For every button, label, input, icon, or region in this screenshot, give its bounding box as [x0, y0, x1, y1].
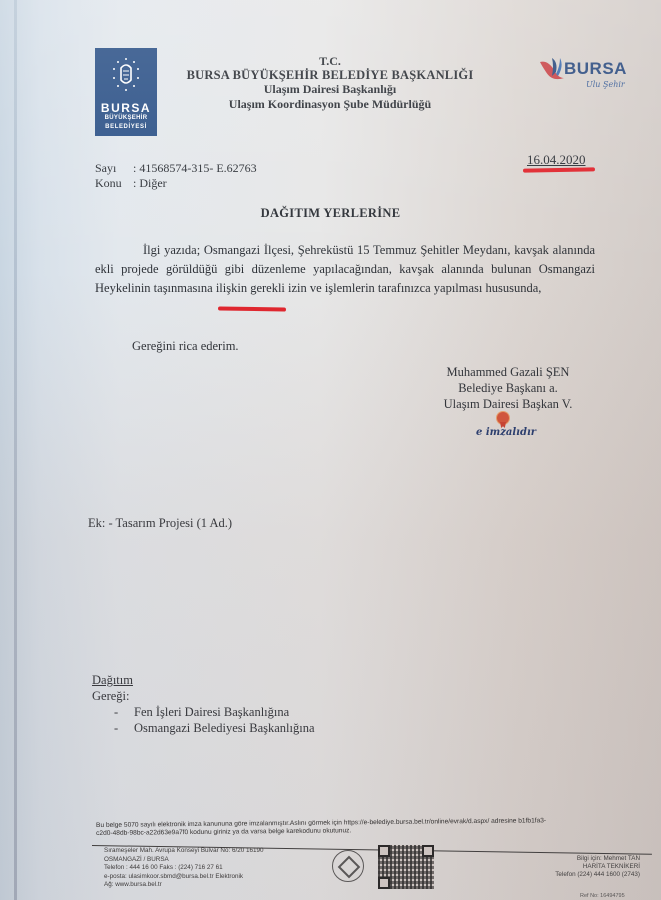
tulip-icon [538, 56, 566, 82]
contact-block: Bilgi için: Mehmet TAN HARİTA TEKNİKERİ … [520, 855, 640, 879]
sayi-row: Sayı: 41568574-315- E.62763 [95, 161, 257, 176]
document-date: 16.04.2020 [527, 152, 586, 168]
republic-abbrev: T.C. [180, 55, 480, 68]
qr-finder [378, 845, 390, 857]
konu-label: Konu [95, 176, 133, 191]
subject-heading: DAĞITIM YERLERİNE [0, 206, 661, 221]
brand-word: BURSA [564, 59, 627, 79]
highlighted-phrase: taşınmasına [154, 281, 213, 295]
distribution-subheader: Gereği: [92, 688, 315, 704]
emblem-icon [111, 56, 141, 96]
distribution-item: Osmangazi Belediyesi Başkanlığına [114, 720, 315, 736]
unesco-heritage-icon [332, 850, 364, 882]
closing-line: Gereğini rica ederim. [132, 339, 239, 354]
letter-body: İlgi yazıda; Osmangazi İlçesi, Şehreküst… [95, 241, 595, 298]
qr-finder [378, 877, 390, 889]
konu-value: : Diğer [133, 176, 167, 190]
logo-line-2: BÜYÜKŞEHİR [95, 115, 157, 121]
phrase-highlight-mark [218, 306, 286, 311]
address-line: OSMANGAZİ / BURSA [104, 856, 264, 865]
distribution-header: Dağıtım [92, 672, 315, 688]
qr-finder [422, 845, 434, 857]
qr-code[interactable] [378, 845, 434, 889]
verification-note: Bu belge 5070 sayılı elektronik imza kan… [96, 816, 661, 838]
distribution-list: Dağıtım Gereği: Fen İşleri Dairesi Başka… [92, 672, 315, 736]
address-block: Sırameşeler Mah. Avrupa Konseyi Bulvar N… [104, 847, 264, 890]
contact-line: Telefon (224) 444 1600 (2743) [520, 871, 640, 879]
bursa-brand-logo: BURSA Ulu Şehir [538, 56, 638, 96]
contact-line: Bilgi için: Mehmet TAN [520, 855, 640, 863]
logo-line-3: BELEDİYESİ [95, 124, 157, 130]
attachment-line: Ek: - Tasarım Projesi (1 Ad.) [88, 516, 232, 531]
sayi-label: Sayı [95, 161, 133, 176]
paper-edge [14, 0, 17, 900]
address-line: Telefon : 444 16 00 Faks : (224) 716 27 … [104, 864, 264, 873]
date-highlight-mark [523, 167, 595, 172]
signature-block: Muhammed Gazali ŞEN Belediye Başkanı a. … [413, 364, 603, 412]
sayi-value: : 41568574-315- E.62763 [133, 161, 257, 175]
signer-title-2: Ulaşım Dairesi Başkan V. [413, 396, 603, 412]
e-signature-label: e imzalıdır [476, 427, 536, 438]
distribution-item: Fen İşleri Dairesi Başkanlığına [114, 704, 315, 720]
contact-line: HARİTA TEKNİKERİ [520, 863, 640, 871]
reference-number: Ref No: 16494795 [580, 893, 625, 899]
konu-row: Konu: Diğer [95, 176, 257, 191]
logo-line-1: BURSA [95, 101, 157, 115]
bursa-municipality-logo: BURSA BÜYÜKŞEHİR BELEDİYESİ [95, 48, 157, 136]
e-signature-stamp: e imzalıdır [472, 412, 542, 444]
department-name: Ulaşım Dairesi Başkanlığı [180, 82, 480, 97]
letterhead: T.C. BURSA BÜYÜKŞEHİR BELEDİYE BAŞKANLIĞ… [180, 55, 480, 112]
address-line: Ağ: www.bursa.bel.tr [104, 881, 264, 890]
address-line: e-posta: ulasimkoor.sbmd@bursa.bel.tr El… [104, 873, 264, 882]
document-meta: Sayı: 41568574-315- E.62763 Konu: Diğer [95, 161, 257, 191]
address-line: Sırameşeler Mah. Avrupa Konseyi Bulvar N… [104, 847, 264, 856]
brand-tagline: Ulu Şehir [586, 80, 625, 89]
organization-name: BURSA BÜYÜKŞEHİR BELEDİYE BAŞKANLIĞI [180, 68, 480, 82]
signer-name: Muhammed Gazali ŞEN [413, 364, 603, 380]
body-part-2: ilişkin gerekli izin ve işlemlerin taraf… [213, 281, 542, 295]
unit-name: Ulaşım Koordinasyon Şube Müdürlüğü [180, 97, 480, 112]
signer-title-1: Belediye Başkanı a. [413, 380, 603, 396]
